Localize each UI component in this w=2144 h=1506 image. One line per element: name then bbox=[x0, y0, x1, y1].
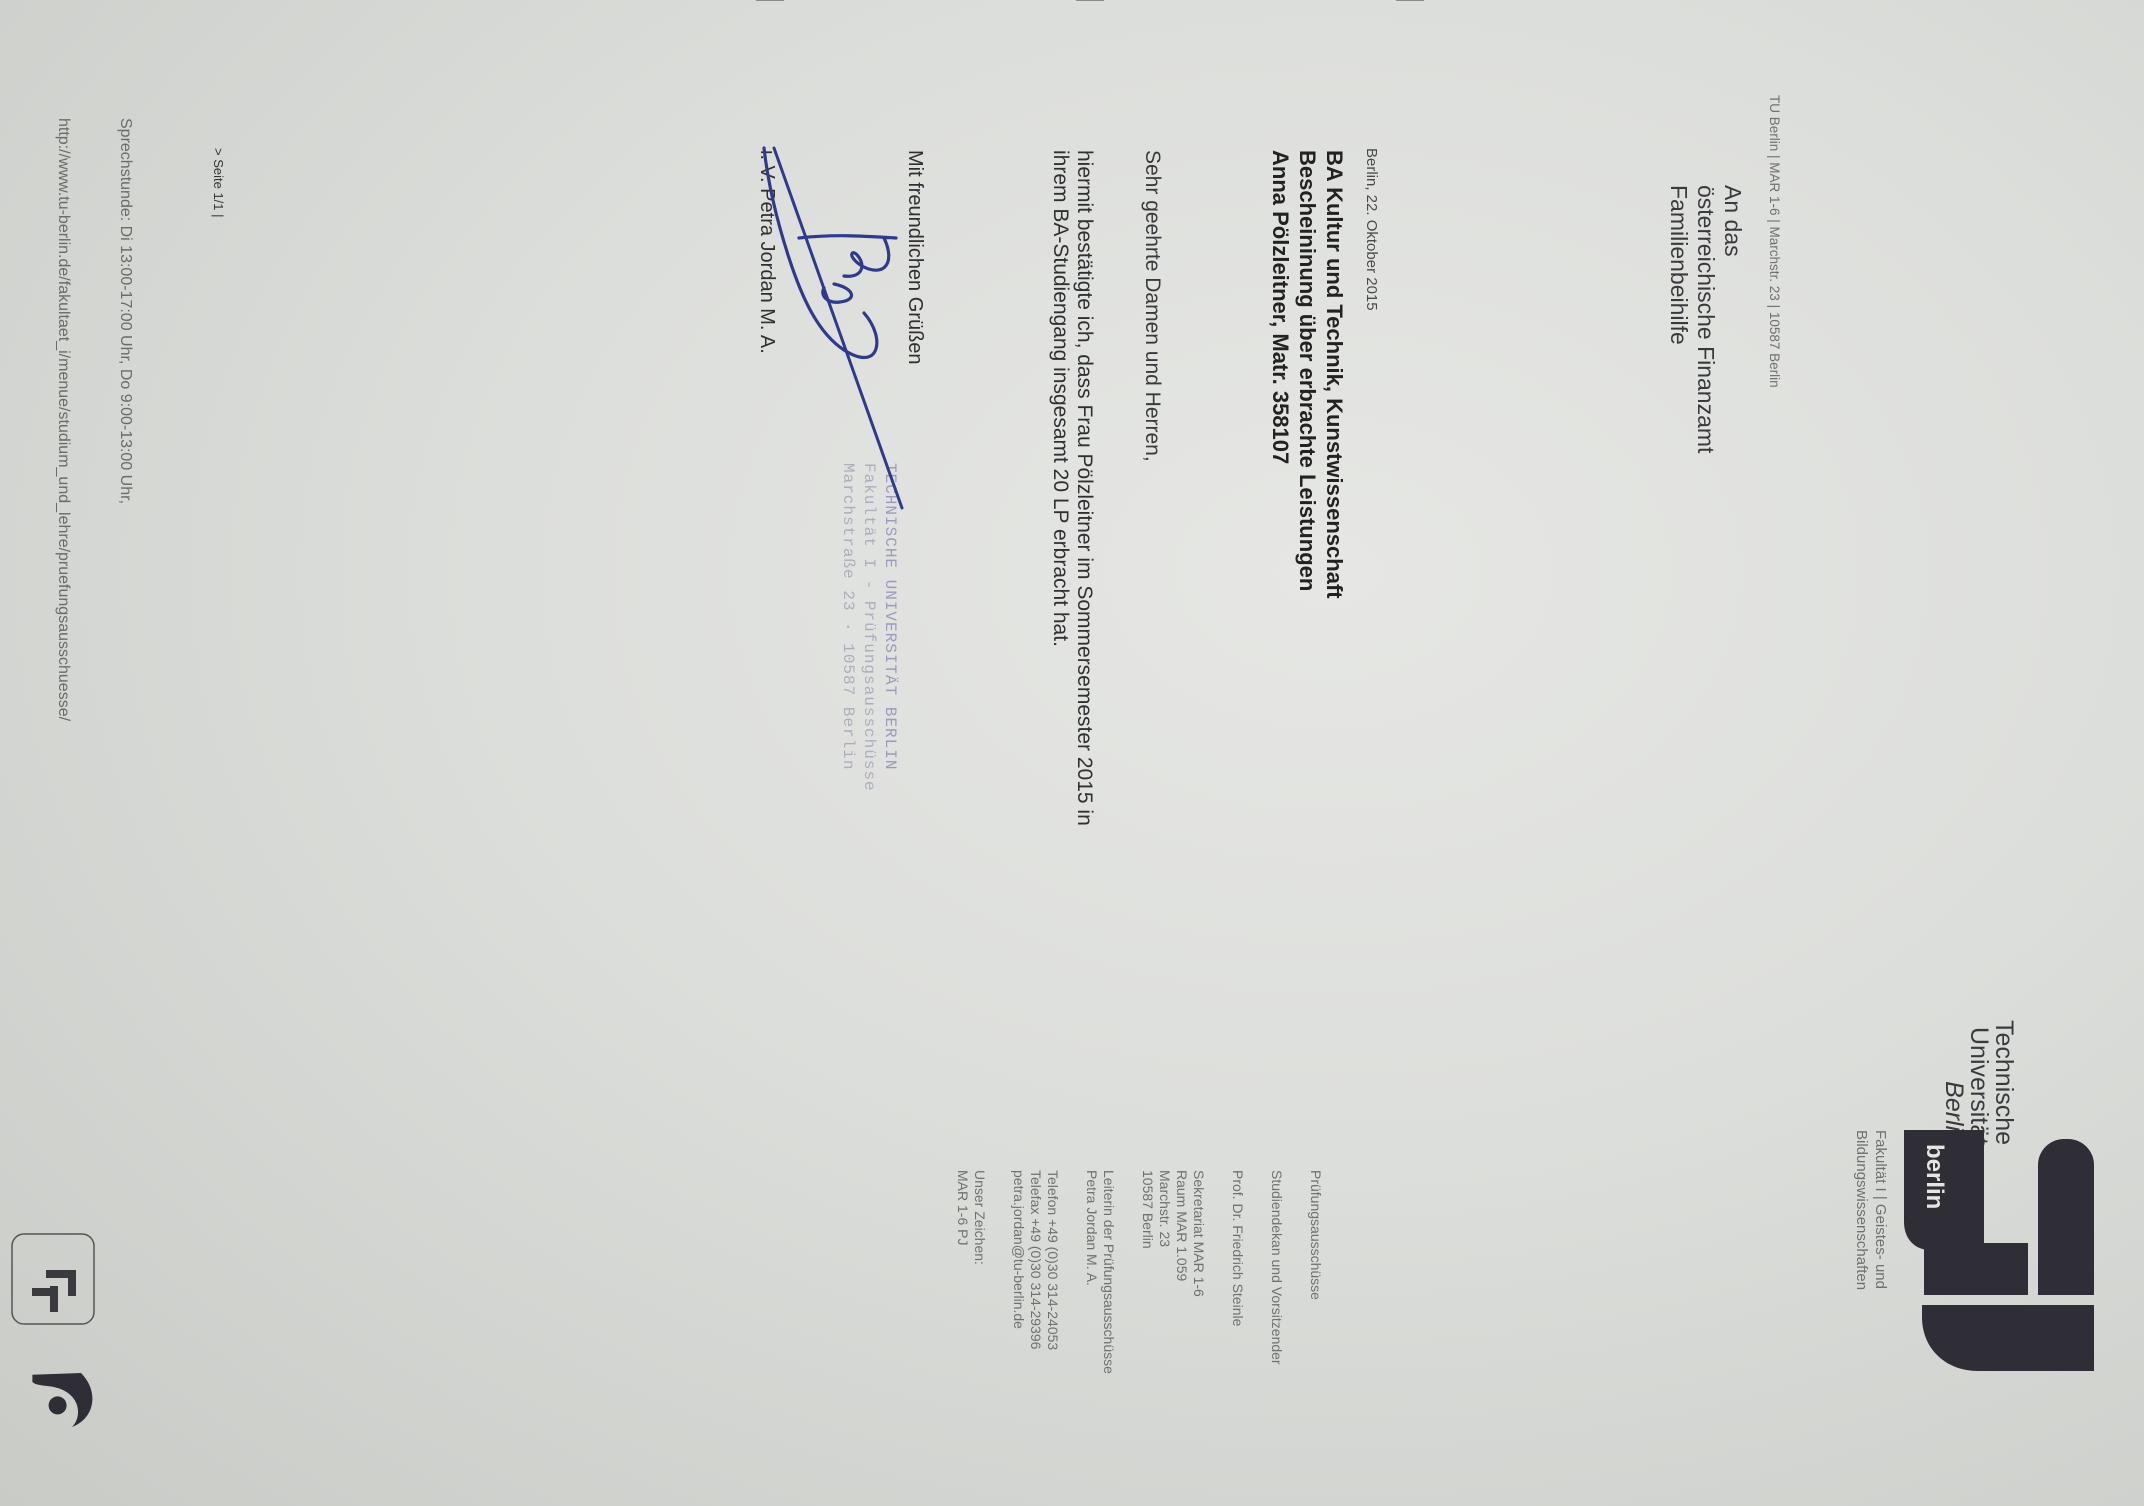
faculty-name: Fakultät I | Geistes- und Bildungswissen… bbox=[1852, 1130, 1890, 1290]
berlin-badge-text: berlin bbox=[1920, 1144, 1948, 1209]
secretariat-line: Raum MAR 1.059 bbox=[1173, 1170, 1190, 1374]
university-name-line: Universität bbox=[1966, 1020, 1991, 1145]
head-name: Petra Jordan M. A. bbox=[1083, 1170, 1100, 1374]
body-line: hiermit bestätigte ich, dass Frau Pölzle… bbox=[1072, 150, 1096, 826]
university-name: Technische Universität Berlin bbox=[1941, 1020, 2016, 1145]
subject-line: BA Kultur und Technik, Kunstwissenschaft bbox=[1321, 150, 1348, 599]
audit-family-logo-icon bbox=[8, 1230, 98, 1330]
committee: Prüfungsausschüsse bbox=[1307, 1170, 1324, 1374]
recipient-line: österreichische Finanzamt bbox=[1692, 185, 1719, 453]
subject-block: BA Kultur und Technik, Kunstwissenschaft… bbox=[1267, 150, 1348, 599]
recipient-line: An das bbox=[1719, 185, 1746, 453]
recipient-address: An das österreichische Finanzamt Familie… bbox=[1665, 185, 1746, 453]
fax: Telefax +49 (0)30 314-29396 bbox=[1027, 1170, 1044, 1374]
subject-line: Anna Pölzleitner, Matr. 358107 bbox=[1267, 150, 1294, 599]
contact-sidebar: Prüfungsausschüsse Studiendekan und Vors… bbox=[954, 1170, 1324, 1374]
phone: Telefon +49 (0)30 314-24053 bbox=[1044, 1170, 1061, 1374]
fold-mark bbox=[1396, 0, 1424, 1]
handwritten-signature-icon bbox=[754, 88, 924, 648]
university-name-line: Berlin bbox=[1941, 1020, 1966, 1145]
sender-line: TU Berlin | MAR 1-6 | Marchstr. 23 | 105… bbox=[1767, 95, 1782, 388]
fold-mark bbox=[756, 0, 784, 1]
office-hours: Sprechstunde: Di 13:00-17:00 Uhr, Do 9:0… bbox=[116, 118, 134, 504]
faculty-line: Bildungswissenschaften bbox=[1852, 1130, 1871, 1290]
subject-line: Bescheininung über erbrachte Leistungen bbox=[1294, 150, 1321, 599]
head-title: Leiterin der Prüfungsausschüsse bbox=[1100, 1170, 1117, 1374]
salutation: Sehr geehrte Damen und Herren, bbox=[1140, 150, 1164, 462]
secretariat-line: Marchstr. 23 bbox=[1156, 1170, 1173, 1374]
total-equality-logo-icon bbox=[18, 1350, 108, 1450]
recipient-line: Familienbeihilfe bbox=[1665, 185, 1692, 453]
letter-date: Berlin, 22. Oktober 2015 bbox=[1363, 148, 1380, 311]
letter-page: TU Berlin | MAR 1-6 | Marchstr. 23 | 105… bbox=[0, 0, 2144, 1506]
university-name-line: Technische bbox=[1991, 1020, 2016, 1145]
footer-url[interactable]: http://www.tu-berlin.de/fakultaet_i/menu… bbox=[54, 118, 72, 721]
scanned-letter: TU Berlin | MAR 1-6 | Marchstr. 23 | 105… bbox=[0, 0, 2144, 1506]
fold-mark bbox=[1076, 0, 1104, 1]
secretariat-line: 10587 Berlin bbox=[1139, 1170, 1156, 1374]
letter-body: hiermit bestätigte ich, dass Frau Pölzle… bbox=[1048, 150, 1096, 826]
berlin-badge: berlin bbox=[1904, 1130, 1984, 1250]
email[interactable]: petra.jordan@tu-berlin.de bbox=[1010, 1170, 1027, 1374]
reference: MAR 1-6 PJ bbox=[954, 1170, 971, 1374]
reference-label: Unser Zeichen: bbox=[971, 1170, 988, 1374]
dean-name: Prof. Dr. Friedrich Steinle bbox=[1229, 1170, 1246, 1374]
page-marker: > Seite 1/1 | bbox=[211, 148, 226, 218]
secretariat-line: Sekretariat MAR 1-6 bbox=[1190, 1170, 1207, 1374]
body-line: ihrem BA-Studiengang insgesamt 20 LP erb… bbox=[1048, 150, 1072, 826]
dean-title: Studiendekan und Vorsitzender bbox=[1268, 1170, 1285, 1374]
faculty-line: Fakultät I | Geistes- und bbox=[1871, 1130, 1890, 1290]
